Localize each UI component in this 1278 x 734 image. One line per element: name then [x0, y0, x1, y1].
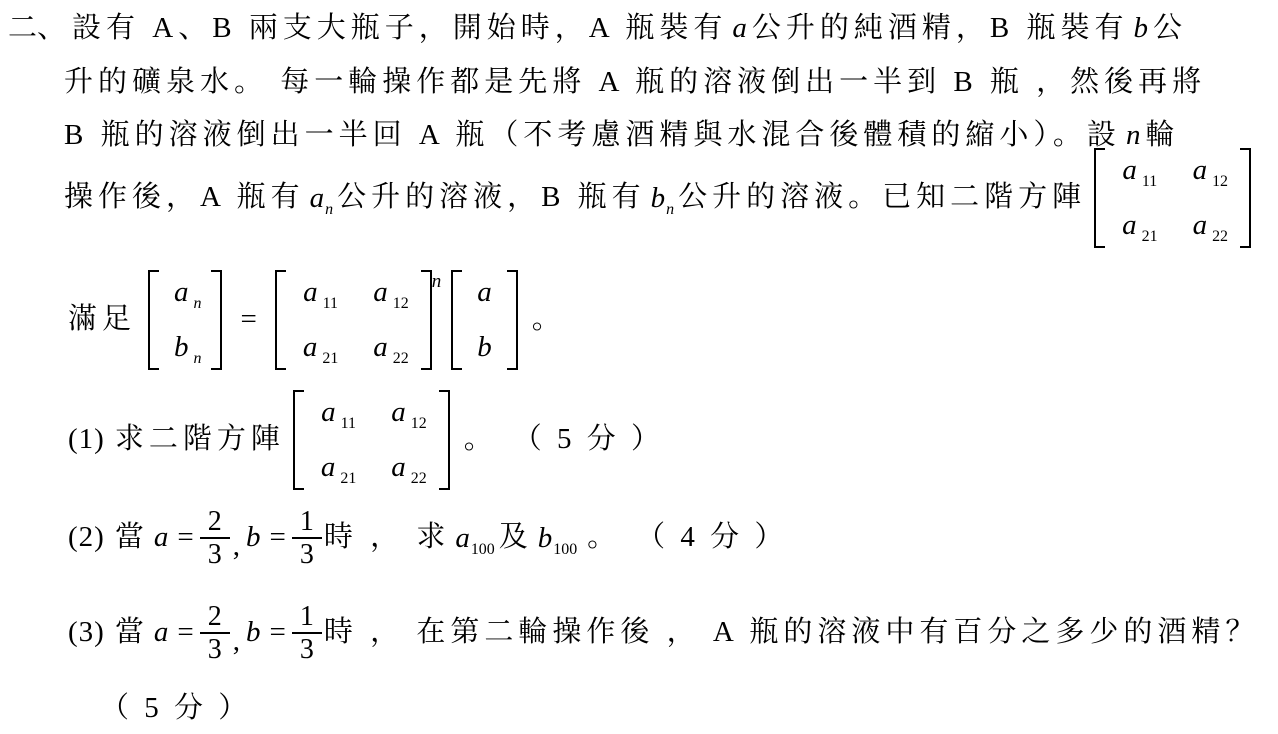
matrix-entries: a11 a12 a21 a22: [304, 390, 439, 490]
var-base: a: [386, 396, 411, 428]
var-sub: 11: [1142, 173, 1157, 190]
matrix-entries: a11 a12 a21 a22: [1105, 148, 1240, 248]
math-var-a: a: [149, 519, 174, 557]
text-run: 滿足: [68, 301, 136, 339]
vector-entry-an: an: [169, 278, 201, 307]
var-sub: 21: [340, 470, 356, 487]
var-base: a: [368, 331, 393, 363]
var-sub: 22: [393, 350, 409, 367]
var-base: a: [454, 522, 471, 554]
text-run: 公升的溶液。已知二階方陣: [678, 179, 1086, 217]
comma: ,: [233, 623, 240, 661]
problem-line-1: 二、 設有 A、B 兩支大瓶子，開始時，A 瓶裝有 a 公升的純酒精，B 瓶裝有…: [8, 10, 1187, 48]
text-run: 公: [1153, 10, 1187, 48]
left-bracket-icon: [1094, 148, 1105, 248]
matrix-entry-22: a22: [368, 333, 408, 362]
right-bracket-icon: [507, 270, 518, 370]
var-base: a: [472, 276, 497, 308]
matrix-entry-11: a11: [1117, 156, 1157, 185]
matrix-exponent: n: [432, 270, 442, 295]
left-bracket-icon: [293, 390, 304, 490]
score-note: （ 5 分 ）: [513, 421, 664, 459]
left-bracket-icon: [148, 270, 159, 370]
equals-sign: =: [269, 519, 285, 557]
problem-line-4: 操作後，A 瓶有 an 公升的溶液，B 瓶有 bn 公升的溶液。已知二階方陣 a…: [64, 148, 1259, 248]
var-base: a: [1188, 154, 1213, 186]
var-base: b: [537, 522, 554, 554]
text-run: 時 ， 在第二輪操作後 ， A 瓶的溶液中有百分之多少的酒精？: [324, 614, 1260, 652]
right-bracket-icon: [211, 270, 222, 370]
var-sub: 11: [341, 415, 356, 432]
fraction-denominator: 3: [292, 537, 322, 570]
matrix-entries: a11 a12 a21 a22: [286, 270, 421, 370]
math-var-an: an: [305, 184, 337, 213]
text-run: 操作後，A 瓶有: [64, 179, 305, 217]
fraction-one-third: 1 3: [292, 506, 322, 571]
vector-anbn: an bn: [148, 270, 222, 370]
math-var-b: b: [241, 519, 266, 557]
var-base: a: [1117, 209, 1142, 241]
period: 。: [587, 519, 616, 557]
text-run: 公升的純酒精，B 瓶裝有: [752, 10, 1129, 48]
var-base: b: [169, 331, 194, 363]
text-run: 時 ， 求: [324, 519, 451, 557]
fraction-two-thirds: 2 3: [200, 601, 230, 666]
right-bracket-icon: [421, 270, 432, 370]
var-sub: 100: [471, 541, 495, 558]
period: 。: [532, 301, 561, 339]
vector-entries: an bn: [159, 270, 211, 370]
matrix-entry-21: a21: [1117, 211, 1157, 240]
fraction-one-third: 1 3: [292, 601, 322, 666]
var-sub: n: [666, 201, 674, 218]
fraction-numerator: 2: [200, 601, 230, 632]
text-run: 當: [115, 519, 149, 557]
var-sub: 12: [411, 415, 427, 432]
var-base: b: [472, 331, 497, 363]
fraction-denominator: 3: [292, 632, 322, 665]
right-bracket-icon: [1240, 148, 1251, 248]
fraction-denominator: 3: [200, 537, 230, 570]
right-bracket-icon: [439, 390, 450, 490]
matrix-entry-11: a11: [316, 398, 356, 427]
vector-entry-b: b: [472, 333, 497, 362]
part-1-label: (1): [68, 421, 105, 459]
part-3-line: (3) 當 a = 2 3 , b = 1 3 時 ， 在第二輪操作後 ， A …: [68, 592, 1259, 674]
var-base: a: [1188, 209, 1213, 241]
problem-line-2: 升的礦泉水。 每一輪操作都是先將 A 瓶的溶液倒出一半到 B 瓶 ，然後再將: [64, 64, 1206, 102]
part-3-score-line: （ 5 分 ）: [100, 690, 251, 728]
fraction-two-thirds: 2 3: [200, 506, 230, 571]
var-base: a: [368, 276, 393, 308]
var-sub: 100: [553, 541, 577, 558]
score-note: （ 5 分 ）: [100, 690, 251, 728]
vector-entries: a b: [462, 270, 507, 370]
var-base: a: [169, 276, 194, 308]
text-run: 當: [115, 614, 149, 652]
math-var-a100: a100: [450, 524, 498, 553]
text-run: 公升的溶液，B 瓶有: [337, 179, 646, 217]
matrix-entry-12: a12: [386, 398, 426, 427]
comma: ,: [233, 528, 240, 566]
exam-problem-page: 二、 設有 A、B 兩支大瓶子，開始時，A 瓶裝有 a 公升的純酒精，B 瓶裝有…: [0, 0, 1278, 734]
var-sub: 22: [1212, 228, 1228, 245]
var-base: a: [386, 451, 411, 483]
part-3-label: (3): [68, 614, 105, 652]
var-sub: 12: [393, 295, 409, 312]
equals-sign: =: [177, 519, 193, 557]
part-2-line: (2) 當 a = 2 3 , b = 1 3 時 ， 求 a100 及 b10…: [68, 498, 787, 578]
matrix-2x2-coefficients: a11 a12 a21 a22: [293, 390, 450, 490]
equals-sign: =: [177, 614, 193, 652]
var-sub: 22: [411, 470, 427, 487]
math-var-a: a: [727, 10, 752, 48]
matrix-2x2-coefficients: a11 a12 a21 a22: [1094, 148, 1251, 248]
math-var-a: a: [149, 614, 174, 652]
text-run: 求二階方陣: [115, 421, 285, 459]
var-base: a: [309, 182, 326, 214]
vector-entry-a: a: [472, 278, 497, 307]
var-base: a: [316, 451, 341, 483]
equals-sign: =: [240, 301, 256, 339]
left-bracket-icon: [275, 270, 286, 370]
text-run: 升的礦泉水。 每一輪操作都是先將 A 瓶的溶液倒出一半到 B 瓶 ，然後再將: [64, 64, 1206, 102]
var-sub: n: [325, 201, 333, 218]
var-sub: 21: [322, 350, 338, 367]
vector-entry-bn: bn: [169, 333, 201, 362]
part-1-line: (1) 求二階方陣 a11 a12 a21 a22 。 （ 5 分 ）: [68, 390, 664, 490]
var-sub: 11: [323, 295, 338, 312]
var-base: a: [298, 331, 323, 363]
matrix-entry-22: a22: [1188, 211, 1228, 240]
math-var-b100: b100: [533, 524, 581, 553]
var-base: a: [316, 396, 341, 428]
equals-sign: =: [269, 614, 285, 652]
var-sub: 12: [1212, 173, 1228, 190]
vector-ab: a b: [451, 270, 518, 370]
matrix-entry-12: a12: [368, 278, 408, 307]
matrix-2x2-coefficients: a11 a12 a21 a22: [275, 270, 432, 370]
fraction-numerator: 1: [292, 506, 322, 537]
var-sub: n: [194, 295, 202, 312]
text-run: 設有 A、B 兩支大瓶子，開始時，A 瓶裝有: [72, 10, 727, 48]
matrix-entry-21: a21: [298, 333, 338, 362]
matrix-entry-12: a12: [1188, 156, 1228, 185]
problem-number: 二、: [8, 10, 66, 48]
score-note: （ 4 分 ）: [636, 519, 787, 557]
matrix-power-group: a11 a12 a21 a22 n: [267, 270, 443, 370]
matrix-entry-21: a21: [316, 453, 356, 482]
text-run: 及: [499, 519, 533, 557]
matrix-entry-11: a11: [298, 278, 338, 307]
math-var-bn: bn: [646, 184, 678, 213]
part-2-label: (2): [68, 519, 105, 557]
fraction-denominator: 3: [200, 632, 230, 665]
var-base: a: [1117, 154, 1142, 186]
fraction-numerator: 2: [200, 506, 230, 537]
matrix-entry-22: a22: [386, 453, 426, 482]
math-var-b: b: [1129, 10, 1154, 48]
math-var-b: b: [241, 614, 266, 652]
fraction-numerator: 1: [292, 601, 322, 632]
matrix-equation-line: 滿足 an bn = a11 a12 a21 a22 n: [68, 265, 567, 375]
left-bracket-icon: [451, 270, 462, 370]
var-sub: n: [194, 350, 202, 367]
var-sub: 21: [1142, 228, 1158, 245]
var-base: a: [298, 276, 323, 308]
var-base: b: [650, 182, 667, 214]
period: 。: [464, 421, 493, 459]
